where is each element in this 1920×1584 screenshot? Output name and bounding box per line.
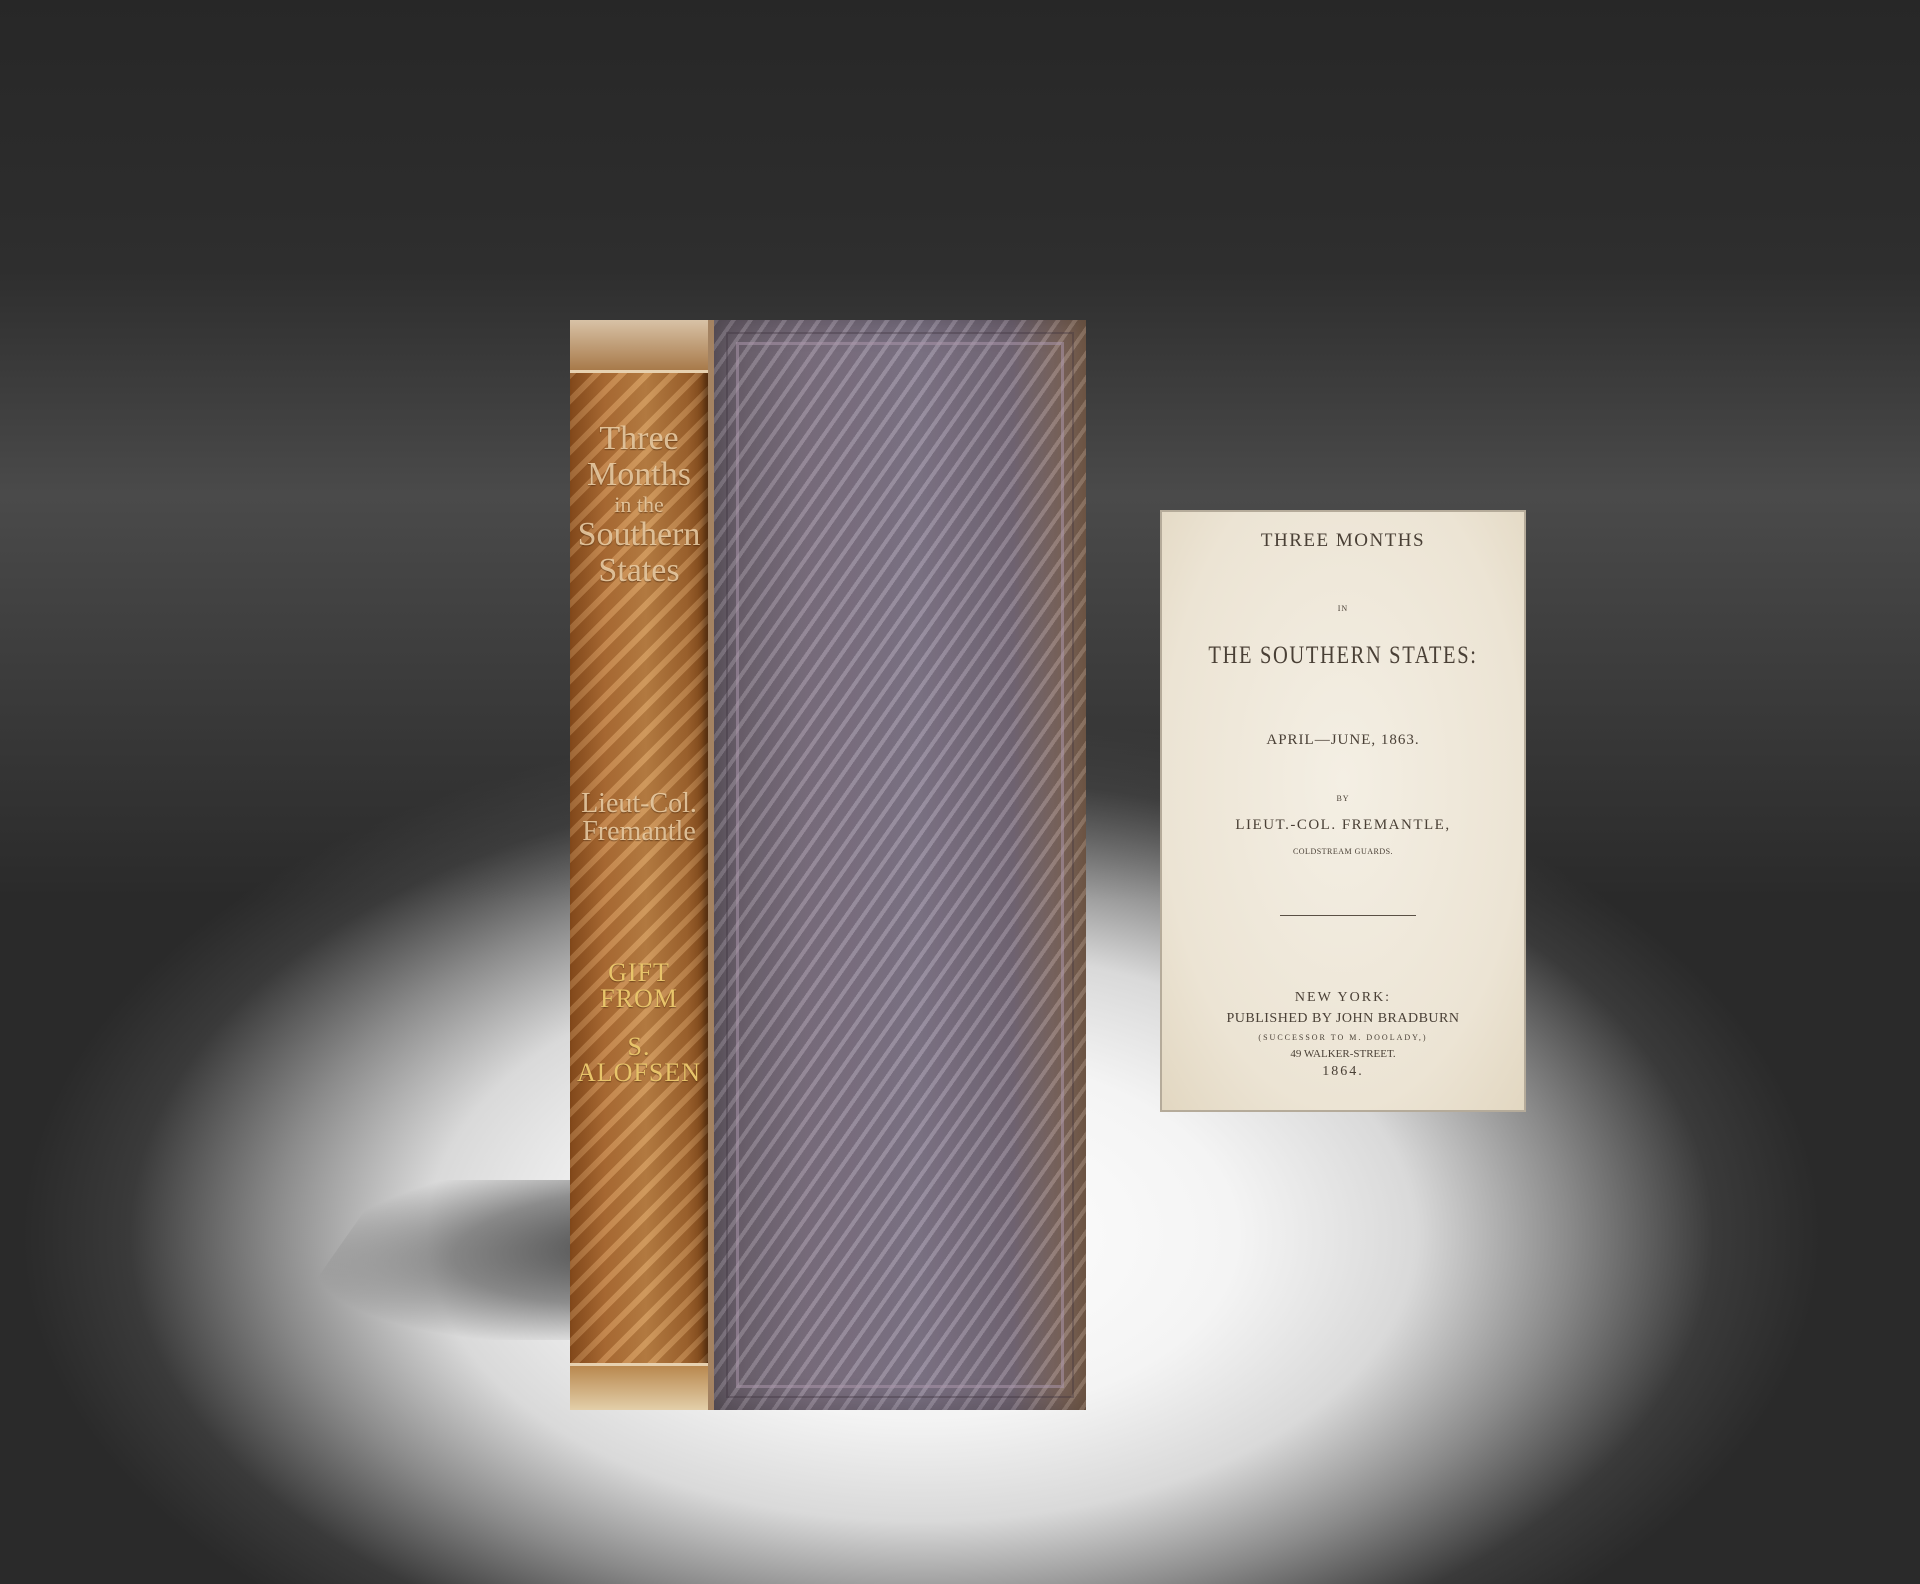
cover-blind-stamped-border (736, 342, 1064, 1388)
spine-author: Lieut-Col. Fremantle (570, 790, 708, 846)
spine-top-worn-edge (570, 320, 708, 373)
title-page-year: 1864. (1162, 1064, 1524, 1080)
title-page-author: LIEUT.-COL. FREMANTLE, (1162, 817, 1524, 834)
book-spine: Three Months in the Southern States Lieu… (570, 320, 708, 1410)
spine-title-line: States (570, 554, 708, 588)
spine-gift-inscription: GIFT FROM S. ALOFSEN (570, 960, 708, 1086)
spine-title-line: Southern (570, 518, 708, 552)
title-page-in: IN (1162, 604, 1524, 613)
title-page-rule (1280, 915, 1416, 916)
spine-bottom-edge (570, 1363, 708, 1410)
title-page-line1: THREE MONTHS (1162, 530, 1524, 552)
title-page-by: BY (1162, 794, 1524, 803)
title-page-inset: THREE MONTHS IN THE SOUTHERN STATES: APR… (1162, 512, 1524, 1110)
spine-title: Three Months in the Southern States (570, 420, 708, 590)
book-front-cover (708, 320, 1086, 1410)
title-page-publisher: PUBLISHED BY JOHN BRADBURN (1162, 1011, 1524, 1027)
spine-title-line: in the (570, 494, 708, 516)
title-page-successor: (SUCCESSOR TO M. DOOLADY,) (1162, 1033, 1524, 1042)
title-page-date: APRIL—JUNE, 1863. (1162, 732, 1524, 749)
title-page-city: NEW YORK: (1162, 990, 1524, 1006)
spine-title-line: Months (570, 458, 708, 492)
spine-author-line: Lieut-Col. (570, 790, 708, 818)
book: Three Months in the Southern States Lieu… (570, 320, 1080, 1410)
spine-author-line: Fremantle (570, 818, 708, 846)
spine-title-line: Three (570, 422, 708, 456)
title-page-regiment: COLDSTREAM GUARDS. (1162, 847, 1524, 856)
title-page-address: 49 WALKER-STREET. (1162, 1048, 1524, 1060)
spine-gift-line: GIFT FROM (570, 960, 708, 1012)
spine-gift-line: S. ALOFSEN (570, 1034, 708, 1086)
title-page-title: THE SOUTHERN STATES: (1195, 642, 1492, 670)
